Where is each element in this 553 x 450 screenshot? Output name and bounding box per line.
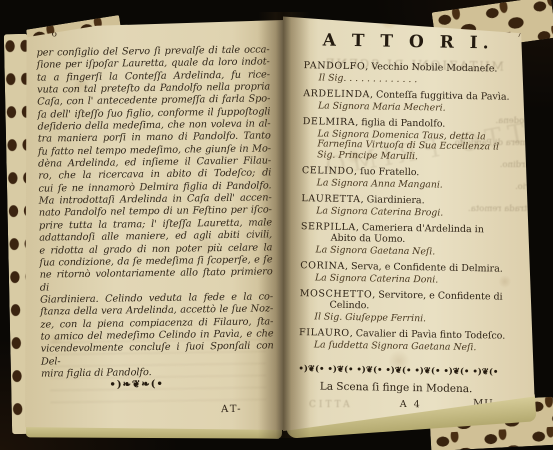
actor-name: La Signora Domenica Taus, detta la Farne… [302, 129, 511, 164]
role-name: ARDELINDA [303, 88, 370, 100]
role-description: , ſuo Fratello. [354, 166, 419, 178]
role-name: DELMIRA [303, 116, 356, 128]
role-name: SERPILLA [301, 221, 356, 233]
role-description: , Vecchio Nobile Modaneſe. [365, 61, 497, 74]
role-name: LAURETTA [301, 193, 360, 205]
left-page-content: 6 per conſiglio del Servo ſi prevalſe di… [24, 20, 284, 430]
right-page: MUTAZIONI DI SCENE. ATTO PRIMO Modena. a… [283, 14, 535, 432]
role-line: MOSCHETTO, Servitore, e Confidente di Ce… [299, 288, 507, 314]
actor-name: La Signora Maria Mecheri. [303, 101, 511, 115]
actor-name: La Signora Anna Mangani. [302, 178, 510, 192]
cast-title: A T T O R I. [304, 30, 512, 54]
right-page-content: 7 A T T O R I. PANDOLFO, Vecchio Nobile … [283, 14, 535, 432]
left-page: 6 per conſiglio del Servo ſi prevalſe di… [24, 20, 284, 430]
actor-name: La ſuddetta Signora Gaetana Neſi. [299, 340, 507, 354]
role-name: CORINA [300, 260, 345, 272]
catchword-left: AT- [221, 404, 243, 415]
cast-entry: MOSCHETTO, Servitore, e Confidente di Ce… [299, 288, 508, 326]
argument-line: ne ritornò volontariamente allo ſtato pr… [40, 267, 273, 295]
cast-entry: DELMIRA, figlia di Pandolfo. La Signora … [302, 116, 511, 164]
actor-name: Il Sig. . . . . . . . . . . . . [303, 73, 511, 87]
signature-mark: A 4 [400, 399, 422, 410]
cast-entry: CELINDO, ſuo Fratello. La Signora Anna M… [302, 165, 510, 192]
cast-entry: PANDOLFO, Vecchio Nobile Modaneſe. Il Si… [303, 60, 511, 87]
cast-list: PANDOLFO, Vecchio Nobile Modaneſe. Il Si… [299, 60, 512, 354]
role-name: MOSCHETTO [300, 288, 373, 300]
cast-entry: CORINA, Serva, e Confidente di Delmira. … [300, 260, 508, 287]
cast-entry: SERPILLA, Cameriera d'Ardelinda in Abito… [300, 221, 509, 259]
actor-name: La Signora Caterina Brogi. [301, 206, 509, 220]
actor-name: La Signora Caterina Doni. [300, 273, 508, 287]
role-name: PANDOLFO [304, 60, 366, 72]
scene-note: La Scena ſi finge in Modena. [283, 380, 512, 396]
role-description: , Giardiniera. [361, 194, 425, 206]
role-name: FILAURO [299, 327, 350, 339]
role-line: SERPILLA, Cameriera d'Ardelinda in Abito… [301, 221, 509, 247]
show-through-smudge [49, 328, 266, 403]
cast-entry: LAURETTA, Giardiniera. La Signora Cateri… [301, 193, 509, 220]
role-description: , figlia di Pandolfo. [355, 117, 445, 130]
actor-name: Il Sig. Giuſeppe Ferrini. [299, 312, 507, 326]
book-photo: 6 per conſiglio del Servo ſi prevalſe di… [0, 0, 553, 450]
printer-ornament: •)❧❦❧(• [109, 379, 164, 391]
cast-entry: ARDELINDA, Conteſſa fuggitiva da Pavìa. … [303, 88, 511, 115]
ornament-row: •)❦(• •)❦(• •)❦(• •)❦(• •)❦(• •)❦(• •)❦(… [286, 364, 510, 378]
role-name: CELINDO [302, 165, 354, 177]
cast-entry: FILAURO, Cavalier di Pavìa finto Todeſco… [299, 327, 507, 354]
actor-name: La Signora Gaetana Neſi. [300, 245, 508, 259]
